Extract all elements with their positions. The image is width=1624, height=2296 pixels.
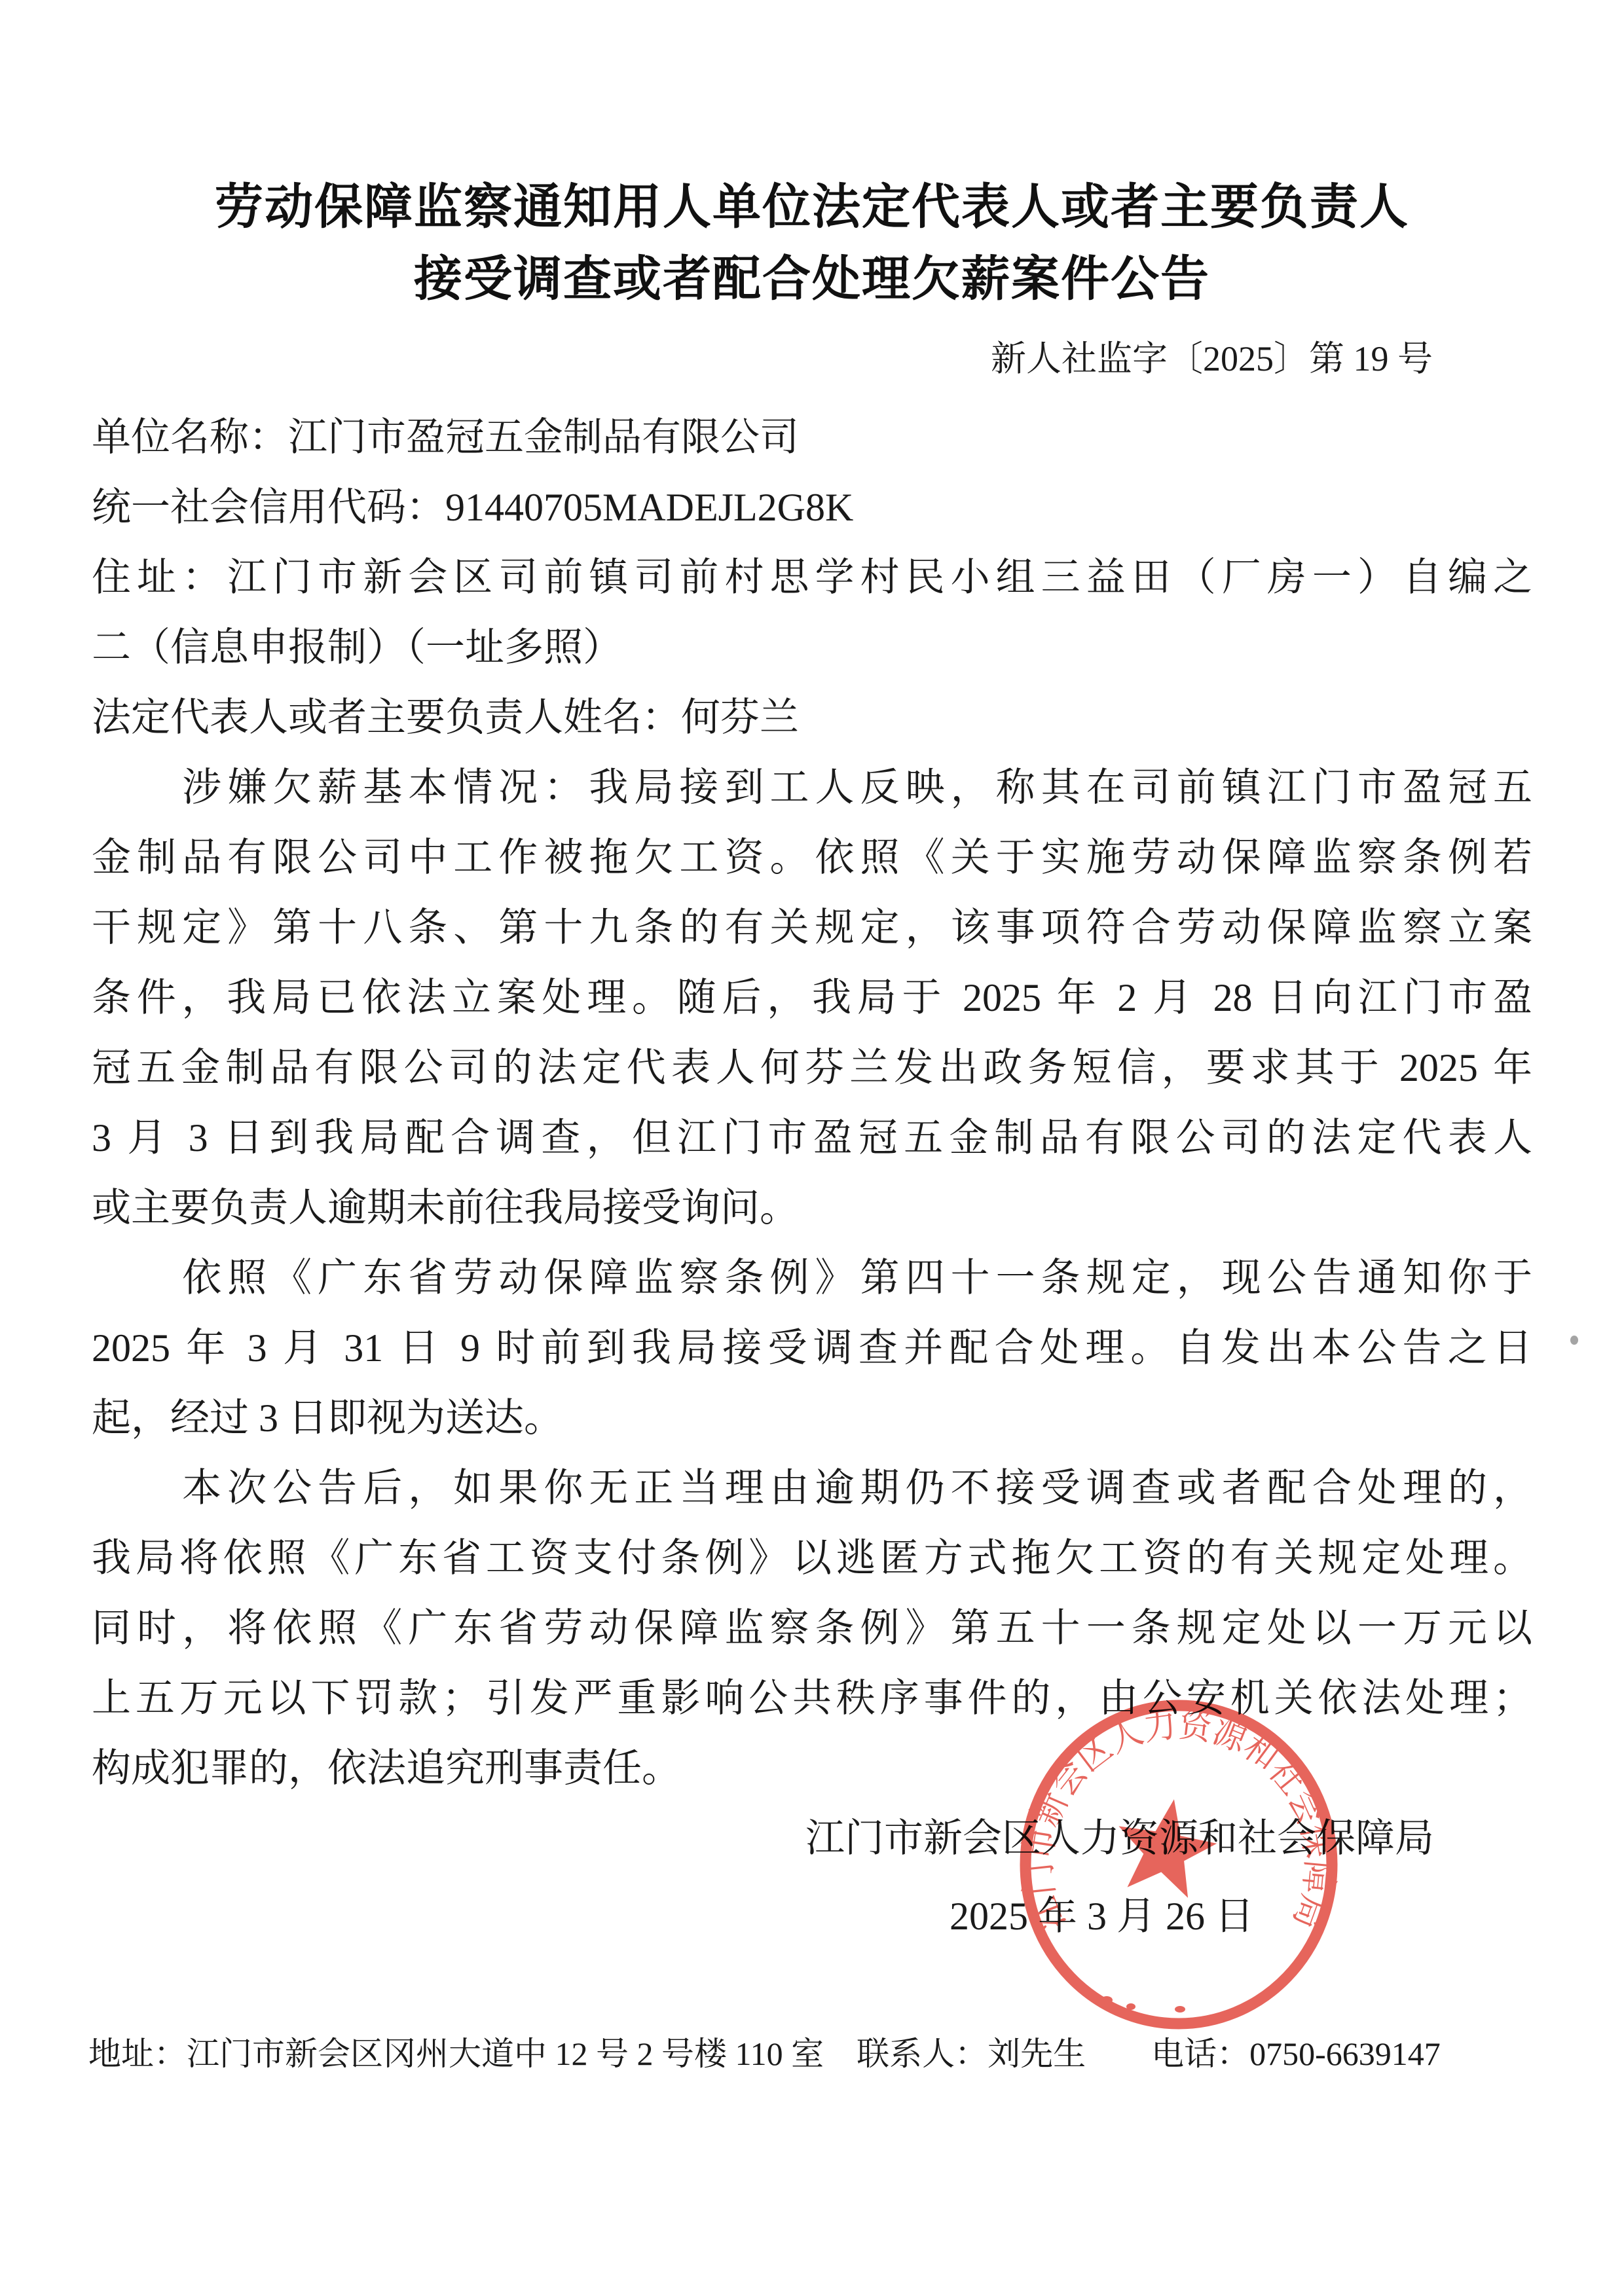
body-line: 冠五金制品有限公司的法定代表人何芬兰发出政务短信，要求其于 2025 年 <box>92 1033 1532 1103</box>
seal-code-dot <box>1175 2006 1185 2013</box>
body-line: 二（信息申报制）（一址多照） <box>92 613 1532 683</box>
document-page: 劳动保障监察通知用人单位法定代表人或者主要负责人 接受调查或者配合处理欠薪案件公… <box>0 0 1624 2296</box>
body-line: 干规定》第十八条、第十九条的有关规定，该事项符合劳动保障监察立案 <box>92 893 1532 963</box>
body-line: 住址：江门市新会区司前镇司前村思学村民小组三益田（厂房一）自编之 <box>92 543 1532 613</box>
title-line-1: 劳动保障监察通知用人单位法定代表人或者主要负责人 <box>0 172 1624 244</box>
seal-star-icon <box>1118 1799 1217 1898</box>
official-seal: 江门市新会区人力资源和社会保障局 <box>995 1681 1362 2048</box>
body-line: 2025 年 3 月 31 日 9 时前到我局接受调查并配合处理。自发出本公告之… <box>92 1313 1532 1383</box>
body-line: 同时，将依照《广东省劳动保障监察条例》第五十一条规定处以一万元以 <box>92 1594 1532 1664</box>
scan-artifact-dot <box>1570 1336 1578 1345</box>
seal-ring-text-path: 江门市新会区人力资源和社会保障局 <box>1016 1702 1342 1937</box>
document-number: 新人社监字〔2025〕第 19 号 <box>991 333 1433 385</box>
seal-code-dot <box>1101 1996 1113 2004</box>
body-line: 本次公告后，如果你无正当理由逾期仍不接受调查或者配合处理的， <box>92 1453 1532 1523</box>
body-line: 金制品有限公司中工作被拖欠工资。依照《关于实施劳动保障监察条例若 <box>92 823 1532 893</box>
seal-ring-text: 江门市新会区人力资源和社会保障局 <box>1016 1702 1342 1937</box>
body-lines: 单位名称：江门市盈冠五金制品有限公司统一社会信用代码：91440705MADEJ… <box>92 403 1532 1804</box>
body-line: 起，经过 3 日即视为送达。 <box>92 1383 1532 1453</box>
title-line-2: 接受调查或者配合处理欠薪案件公告 <box>0 244 1624 316</box>
body-line: 法定代表人或者主要负责人姓名：何芬兰 <box>92 683 1532 753</box>
body-line: 涉嫌欠薪基本情况：我局接到工人反映，称其在司前镇江门市盈冠五 <box>92 753 1532 823</box>
body-line: 依照《广东省劳动保障监察条例》第四十一条规定，现公告通知你于 <box>92 1243 1532 1313</box>
body-line: 统一社会信用代码：91440705MADEJL2G8K <box>92 473 1532 543</box>
footer-contact-line: 地址：江门市新会区冈州大道中 12 号 2 号楼 110 室 联系人：刘先生 电… <box>88 2021 1555 2086</box>
body-line: 单位名称：江门市盈冠五金制品有限公司 <box>92 403 1532 473</box>
body-line: 或主要负责人逾期未前往我局接受询问。 <box>92 1173 1532 1243</box>
body-line: 3 月 3 日到我局配合调查，但江门市盈冠五金制品有限公司的法定代表人 <box>92 1103 1532 1173</box>
body-line: 条件，我局已依法立案处理。随后，我局于 2025 年 2 月 28 日向江门市盈 <box>92 963 1532 1033</box>
seal-code-dot <box>1126 2003 1135 2010</box>
document-title: 劳动保障监察通知用人单位法定代表人或者主要负责人 接受调查或者配合处理欠薪案件公… <box>0 172 1624 316</box>
body-line: 我局将依照《广东省工资支付条例》以逃匿方式拖欠工资的有关规定处理。 <box>92 1523 1532 1594</box>
